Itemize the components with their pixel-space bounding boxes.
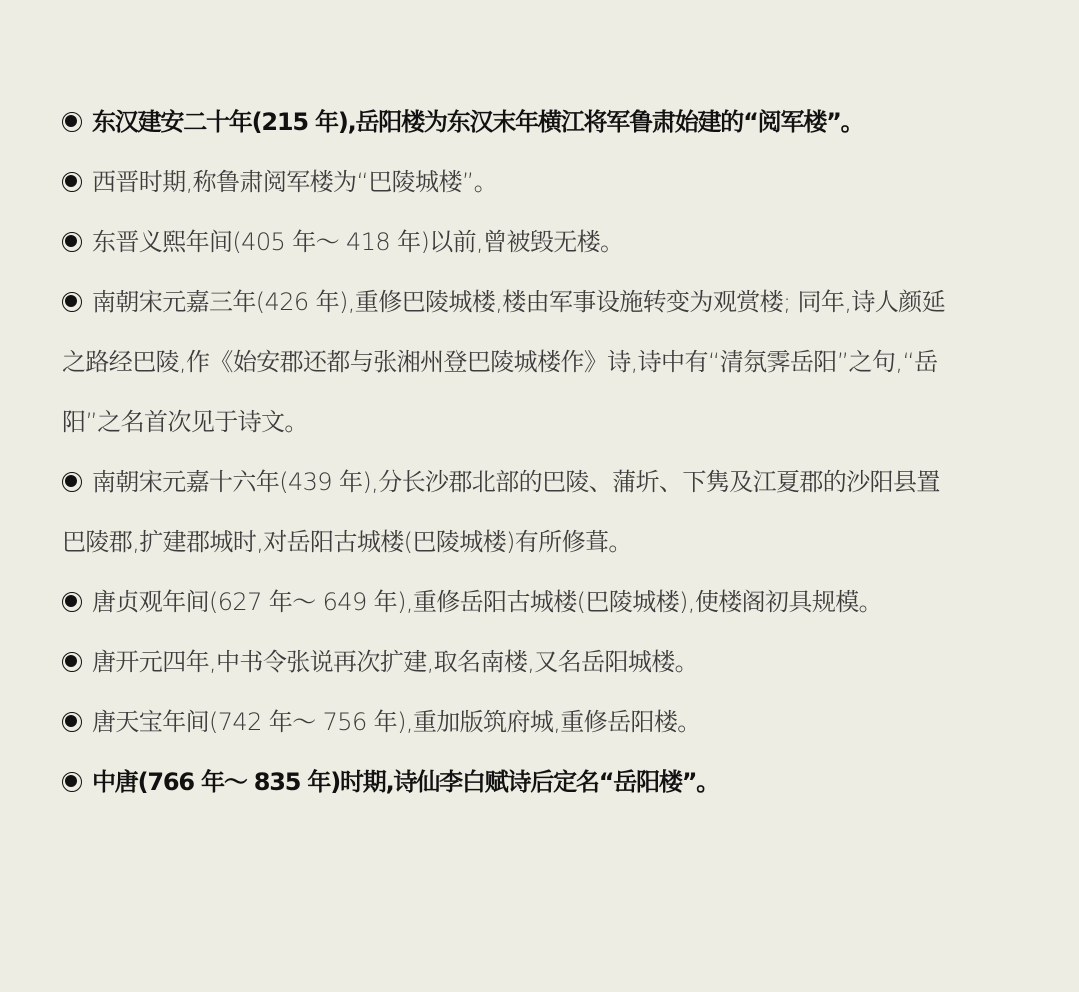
fisheye-bullet-icon — [62, 172, 82, 192]
fisheye-bullet-icon — [62, 232, 82, 252]
timeline-item: 唐贞观年间(627 年～ 649 年),重修岳阳古城楼(巴陵城楼),使楼阁初具规… — [62, 572, 962, 632]
timeline-item: 中唐(766 年～ 835 年)时期,诗仙李白赋诗后定名“岳阳楼”。 — [62, 752, 962, 812]
fisheye-bullet-icon — [62, 712, 82, 732]
timeline-item-text: 唐贞观年间(627 年～ 649 年),重修岳阳古城楼(巴陵城楼),使楼阁初具规… — [92, 588, 882, 616]
timeline-item-text: 东汉建安二十年(215 年),岳阳楼为东汉末年横江将军鲁肃始建的“阅军楼”。 — [92, 108, 863, 136]
timeline-item-text: 南朝宋元嘉三年(426 年),重修巴陵城楼,楼由军事设施转变为观赏楼; 同年,诗… — [62, 288, 945, 436]
timeline-list: 东汉建安二十年(215 年),岳阳楼为东汉末年横江将军鲁肃始建的“阅军楼”。 西… — [62, 92, 962, 812]
fisheye-bullet-icon — [62, 652, 82, 672]
fisheye-bullet-icon — [62, 472, 82, 492]
timeline-item-text: 西晋时期,称鲁肃阅军楼为“巴陵城楼”。 — [92, 168, 497, 196]
timeline-item-text: 唐开元四年,中书令张说再次扩建,取名南楼,又名岳阳城楼。 — [92, 648, 698, 676]
timeline-item: 东汉建安二十年(215 年),岳阳楼为东汉末年横江将军鲁肃始建的“阅军楼”。 — [62, 92, 962, 152]
timeline-item-text: 唐天宝年间(742 年～ 756 年),重加版筑府城,重修岳阳楼。 — [92, 708, 701, 736]
timeline-item: 西晋时期,称鲁肃阅军楼为“巴陵城楼”。 — [62, 152, 962, 212]
fisheye-bullet-icon — [62, 772, 82, 792]
fisheye-bullet-icon — [62, 292, 82, 312]
timeline-item-text: 东晋义熙年间(405 年～ 418 年)以前,曾被毁无楼。 — [92, 228, 623, 256]
timeline-item: 唐开元四年,中书令张说再次扩建,取名南楼,又名岳阳城楼。 — [62, 632, 962, 692]
timeline-item: 唐天宝年间(742 年～ 756 年),重加版筑府城,重修岳阳楼。 — [62, 692, 962, 752]
timeline-item: 东晋义熙年间(405 年～ 418 年)以前,曾被毁无楼。 — [62, 212, 962, 272]
timeline-item-text: 中唐(766 年～ 835 年)时期,诗仙李白赋诗后定名“岳阳楼”。 — [92, 768, 719, 796]
fisheye-bullet-icon — [62, 592, 82, 612]
timeline-item: 南朝宋元嘉三年(426 年),重修巴陵城楼,楼由军事设施转变为观赏楼; 同年,诗… — [62, 272, 962, 452]
timeline-item-text: 南朝宋元嘉十六年(439 年),分长沙郡北部的巴陵、蒲圻、下隽及江夏郡的沙阳县置… — [62, 468, 940, 556]
fisheye-bullet-icon — [62, 112, 82, 132]
timeline-item: 南朝宋元嘉十六年(439 年),分长沙郡北部的巴陵、蒲圻、下隽及江夏郡的沙阳县置… — [62, 452, 962, 572]
